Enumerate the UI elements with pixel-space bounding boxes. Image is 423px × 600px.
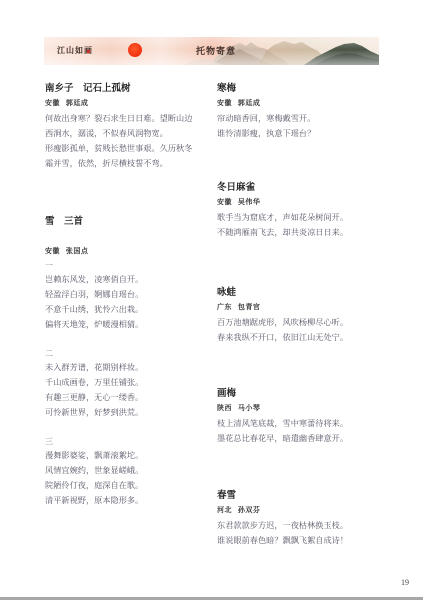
poem-line: 不随鸿雁南飞去，却共炎凉日日来。 [217,225,387,240]
section-theme-title: 托物寄意 [196,44,236,57]
poem-line: 偏将天地笼，炉暖漫相猜。 [45,317,215,332]
poem-author: 陕西 马小琴 [217,403,387,413]
poem-author: 安徽 郭廷成 [45,98,215,108]
poem-section-2: 二 未入群芳谱，花期别样妆。 千山成画卷，万里任铺张。 有趣三更静，无心一缕香。… [45,348,215,420]
poem-author: 河北 孙双芬 [217,505,387,515]
poem-line: 风情宜婉约，世象显嵯峨。 [45,463,215,478]
poem-title: 咏蛙 [217,287,387,299]
poem-author: 安徽 郭廷成 [217,98,387,108]
page-number: 19 [401,578,409,587]
document-page: 江山如画 托物寄意 南乡子 记石上孤树 安徽 郭廷成 何故出身寒？裂石求生日日难… [0,0,423,597]
section-number: 三 [45,436,215,448]
poem-title: 寒梅 [217,83,387,95]
poem-line: 谁怜清影瘦，执意下瑶台？ [217,126,387,141]
poem-chunxue: 春雪 河北 孙双芬 东君款款步方迟，一夜枯林换玉枝。 谁说眼前春色暗？飘飘飞絮自… [217,490,387,548]
poem-author: 安徽 张国点 [45,246,215,256]
poem-line: 西涧水，潺湲，不似春风润物宽。 [45,126,215,141]
poem-yongwa: 咏蛙 广东 包青官 百万池塘踞虎形，风吹杨柳尽心听。 春来我纵不开口，依旧江山无… [217,287,387,345]
poem-line: 百万池塘踞虎形，风吹杨柳尽心听。 [217,315,387,330]
poem-title: 画梅 [217,388,387,400]
poem-line: 漫舞影婆娑，飘萧滚絮坨。 [45,448,215,463]
poem-line: 帘动暗香回，寒梅戴雪开。 [217,111,387,126]
poem-author: 广东 包青官 [217,302,387,312]
poem-title: 南乡子 记石上孤树 [45,83,215,95]
red-sun-icon [128,43,142,57]
poem-line: 形瘦影孤单，贫贱长愁世事艰。久历秋冬 [45,141,215,156]
poem-line: 不意千山绣，犹怜六出栽。 [45,302,215,317]
section-number: 二 [45,348,215,360]
poem-line: 有趣三更静，无心一缕香。 [45,390,215,405]
poem-author: 安徽 吴伟华 [217,197,387,207]
poem-line: 轻盈浮白羽，婀娜自瑶台。 [45,287,215,302]
poem-line: 可怜新世界，好梦到洪荒。 [45,405,215,420]
poem-line: 东君款款步方迟，一夜枯林换玉枝。 [217,518,387,533]
poem-nanxiangzi: 南乡子 记石上孤树 安徽 郭廷成 何故出身寒？裂石求生日日难。望断山边 西涧水，… [45,83,215,171]
poem-line: 院陋伶仃夜，庭深自在歌。 [45,478,215,493]
poem-huamei: 画梅 陕西 马小琴 枝上清风笔底裁，雪中寒蕾待将来。 墨花总比春花早，暗遣幽香肆… [217,388,387,446]
poem-line: 枝上清风笔底裁，雪中寒蕾待将来。 [217,416,387,431]
poem-line: 谁说眼前春色暗？飘飘飞絮自成诗！ [217,533,387,548]
poem-hanmei: 寒梅 安徽 郭廷成 帘动暗香回，寒梅戴雪开。 谁怜清影瘦，执意下瑶台？ [217,83,387,141]
poem-title: 冬日麻雀 [217,182,387,194]
red-seal-icon [87,50,90,53]
poem-dongri-maque: 冬日麻雀 安徽 吴伟华 歌手当为窟底才，声如花朵树间开。 不随鸿雁南飞去，却共炎… [217,182,387,240]
poem-xue-sanshou: 雪 三首 安徽 张国点 一 岂赖东风发，凌寒俏自开。 轻盈浮白羽，婀娜自瑶台。 … [45,216,215,508]
poem-line: 未入群芳谱，花期别样妆。 [45,360,215,375]
poem-line: 霜并雪，依然，折尽横枝誓不弯。 [45,156,215,171]
header-banner: 江山如画 托物寄意 [44,37,379,65]
poem-line: 墨花总比春花早，暗遣幽香肆意开。 [217,431,387,446]
poem-section-3: 三 漫舞影婆娑，飘萧滚絮坨。 风情宜婉约，世象显嵯峨。 院陋伶仃夜，庭深自在歌。… [45,436,215,508]
poem-title: 春雪 [217,490,387,502]
poem-line: 清平新视野，原本隐形多。 [45,493,215,508]
poem-section-1: 一 岂赖东风发，凌寒俏自开。 轻盈浮白羽，婀娜自瑶台。 不意千山绣，犹怜六出栽。… [45,260,215,332]
poem-line: 千山成画卷，万里任铺张。 [45,375,215,390]
poem-line: 何故出身寒？裂石求生日日难。望断山边 [45,111,215,126]
poem-line: 春来我纵不开口，依旧江山无处宁。 [217,330,387,345]
poem-line: 岂赖东风发，凌寒俏自开。 [45,272,215,287]
section-number: 一 [45,260,215,272]
poem-line: 歌手当为窟底才，声如花朵树间开。 [217,210,387,225]
poem-title: 雪 三首 [45,216,215,228]
